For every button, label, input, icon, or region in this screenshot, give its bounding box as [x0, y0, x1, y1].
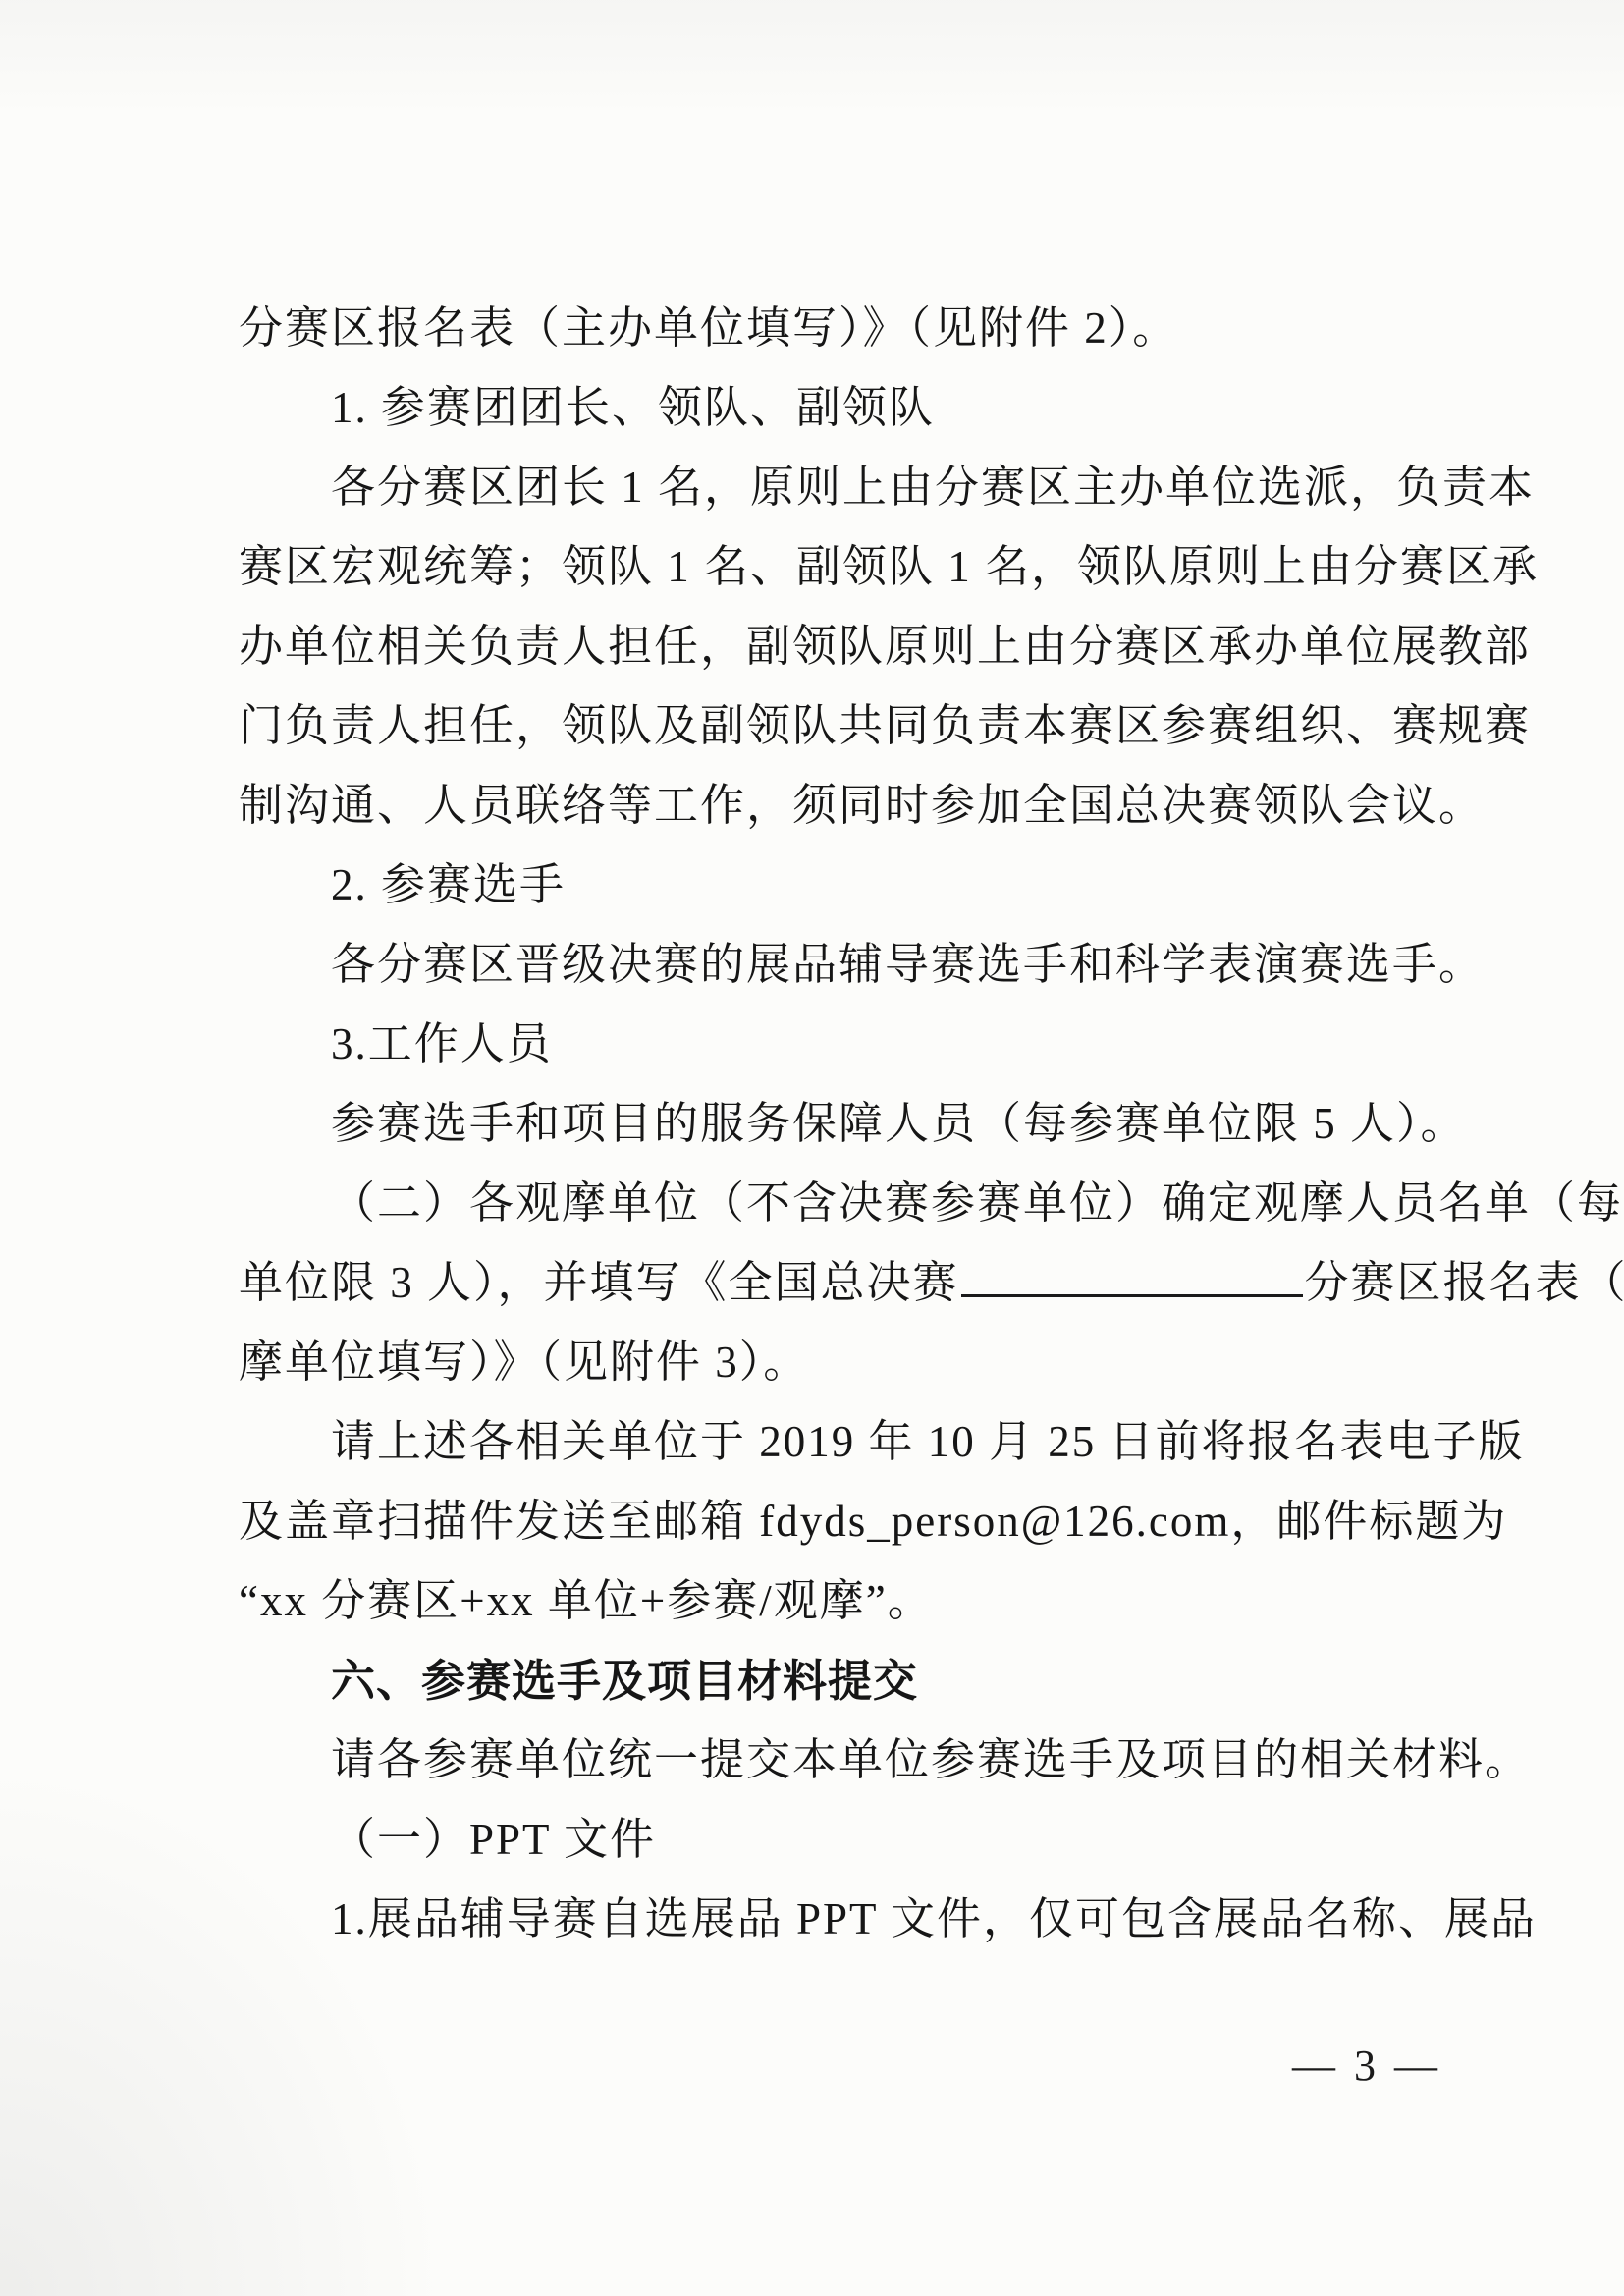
text-segment: 六、参赛选手及项目材料提交 [331, 1656, 918, 1706]
document-text: 分赛区报名表（主办单位填写）》（见附件 2）。1. 参赛团团长、领队、副领队各分… [239, 289, 1467, 1959]
text-segment: 分赛区报名表（主办单位填写）》（见附件 2）。 [239, 303, 1178, 353]
text-segment: 参赛选手和项目的服务保障人员（每参赛单位限 5 人）。 [331, 1099, 1467, 1148]
list-item-2-heading: 2. 参赛选手 [239, 846, 1467, 925]
paragraph-line: 请上述各相关单位于 2019 年 10 月 25 日前将报名表电子版 [239, 1402, 1467, 1482]
text-segment: 单位限 3 人），并填写《全国总决赛 [239, 1258, 959, 1307]
paragraph-line: 请各参赛单位统一提交本单位参赛选手及项目的相关材料。 [239, 1721, 1467, 1800]
text-segment: 及盖章扫描件发送至邮箱 fdyds_person@126.com，邮件标题为 [239, 1497, 1507, 1546]
paragraph-line: 1.展品辅导赛自选展品 PPT 文件，仅可包含展品名称、展品 [239, 1880, 1467, 1959]
text-segment: 1. 参赛团团长、领队、副领队 [331, 383, 935, 432]
text-segment: 赛区宏观统筹；领队 1 名、副领队 1 名，领队原则上由分赛区承 [239, 542, 1539, 591]
text-segment: 门负责人担任，领队及副领队共同负责本赛区参赛组织、赛规赛 [239, 701, 1531, 750]
text-segment: 请各参赛单位统一提交本单位参赛选手及项目的相关材料。 [331, 1735, 1531, 1784]
subsection-2-paragraph-line: （二）各观摩单位（不含决赛参赛单位）确定观摩人员名单（每 [239, 1164, 1467, 1243]
text-segment: 分赛区报名表（观 [1305, 1258, 1624, 1307]
subsection-1-heading: （一）PPT 文件 [239, 1800, 1467, 1880]
scan-shading-top [0, 0, 1624, 118]
text-segment: 1.展品辅导赛自选展品 PPT 文件，仅可包含展品名称、展品 [331, 1894, 1537, 1943]
paragraph-line: 各分赛区团长 1 名，原则上由分赛区主办单位选派，负责本 [239, 448, 1467, 527]
text-segment: 摩单位填写）》（见附件 3）。 [239, 1338, 809, 1387]
page-number: — 3 — [1292, 2041, 1441, 2091]
paragraph-line: 参赛选手和项目的服务保障人员（每参赛单位限 5 人）。 [239, 1084, 1467, 1164]
paragraph-line-with-blank: 单位限 3 人），并填写《全国总决赛分赛区报名表（观 [239, 1243, 1467, 1323]
list-item-1-heading: 1. 参赛团团长、领队、副领队 [239, 368, 1467, 448]
paragraph-line: 办单位相关负责人担任，副领队原则上由分赛区承办单位展教部 [239, 607, 1467, 686]
text-segment: “xx 分赛区+xx 单位+参赛/观摩”。 [239, 1576, 934, 1625]
paragraph-line: 各分赛区晋级决赛的展品辅导赛选手和科学表演赛选手。 [239, 925, 1467, 1005]
paragraph-line-with-email: 及盖章扫描件发送至邮箱 fdyds_person@126.com，邮件标题为 [239, 1482, 1467, 1561]
text-segment: 2. 参赛选手 [331, 860, 566, 909]
paragraph-line: 门负责人担任，领队及副领队共同负责本赛区参赛组织、赛规赛 [239, 686, 1467, 766]
text-segment: （一）PPT 文件 [331, 1815, 656, 1864]
text-segment: 各分赛区晋级决赛的展品辅导赛选手和科学表演赛选手。 [331, 940, 1485, 989]
text-segment: 办单位相关负责人担任，副领队原则上由分赛区承办单位展教部 [239, 622, 1531, 671]
text-segment: 各分赛区团长 1 名，原则上由分赛区主办单位选派，负责本 [331, 463, 1535, 512]
text-segment: 制沟通、人员联络等工作，须同时参加全国总决赛领队会议。 [239, 781, 1485, 830]
text-segment: 3.工作人员 [331, 1019, 553, 1068]
paragraph-line: 赛区宏观统筹；领队 1 名、副领队 1 名，领队原则上由分赛区承 [239, 527, 1467, 607]
paragraph-line: “xx 分赛区+xx 单位+参赛/观摩”。 [239, 1561, 1467, 1641]
document-page: 分赛区报名表（主办单位填写）》（见附件 2）。1. 参赛团团长、领队、副领队各分… [0, 0, 1624, 2296]
blank-underline [961, 1243, 1303, 1297]
text-segment: 请上述各相关单位于 2019 年 10 月 25 日前将报名表电子版 [331, 1417, 1525, 1466]
paragraph-continuation-line: 分赛区报名表（主办单位填写）》（见附件 2）。 [239, 289, 1467, 368]
list-item-3-heading: 3.工作人员 [239, 1005, 1467, 1084]
text-segment: （二）各观摩单位（不含决赛参赛单位）确定观摩人员名单（每 [331, 1178, 1623, 1228]
paragraph-line: 制沟通、人员联络等工作，须同时参加全国总决赛领队会议。 [239, 766, 1467, 846]
section-6-heading: 六、参赛选手及项目材料提交 [239, 1641, 1467, 1721]
paragraph-line: 摩单位填写）》（见附件 3）。 [239, 1323, 1467, 1402]
